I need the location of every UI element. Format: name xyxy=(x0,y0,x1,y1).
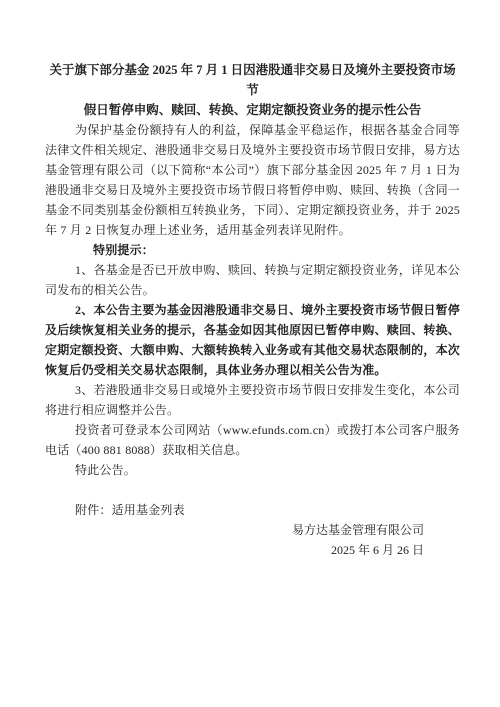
notice-item-2: 2、本公告主要为基金因港股通非交易日、境外主要投资市场节假日暂停及后续恢复相关业… xyxy=(45,300,460,380)
special-notice-label: 特别提示： xyxy=(45,240,460,260)
notice-item-1: 1、各基金是否已开放申购、赎回、转换与定期定额投资业务，详见本公司发布的相关公告… xyxy=(45,260,460,300)
document-content: 关于旗下部分基金 2025 年 7 月 1 日因港股通非交易日及境外主要投资市场… xyxy=(0,0,500,560)
notice-item-3: 3、若港股通非交易日或境外主要投资市场节假日安排发生变化，本公司将进行相应调整并… xyxy=(45,380,460,420)
closing-statement: 特此公告。 xyxy=(45,460,460,480)
contact-paragraph: 投资者可登录本公司网站（www.efunds.com.cn）或拨打本公司客户服务… xyxy=(45,420,460,460)
attachment-note: 附件：适用基金列表 xyxy=(45,500,460,520)
announcement-document: 关于旗下部分基金 2025 年 7 月 1 日因港股通非交易日及境外主要投资市场… xyxy=(0,0,500,707)
intro-paragraph: 为保护基金份额持有人的利益，保障基金平稳运作，根据各基金合同等法律文件相关规定、… xyxy=(45,120,460,240)
document-title-line-1: 关于旗下部分基金 2025 年 7 月 1 日因港股通非交易日及境外主要投资市场… xyxy=(45,60,460,100)
signature-date: 2025 年 6 月 26 日 xyxy=(45,540,460,560)
document-title-line-2: 假日暂停申购、赎回、转换、定期定额投资业务的提示性公告 xyxy=(45,100,460,120)
signature-company: 易方达基金管理有限公司 xyxy=(45,520,460,540)
document-title: 关于旗下部分基金 2025 年 7 月 1 日因港股通非交易日及境外主要投资市场… xyxy=(45,60,460,120)
